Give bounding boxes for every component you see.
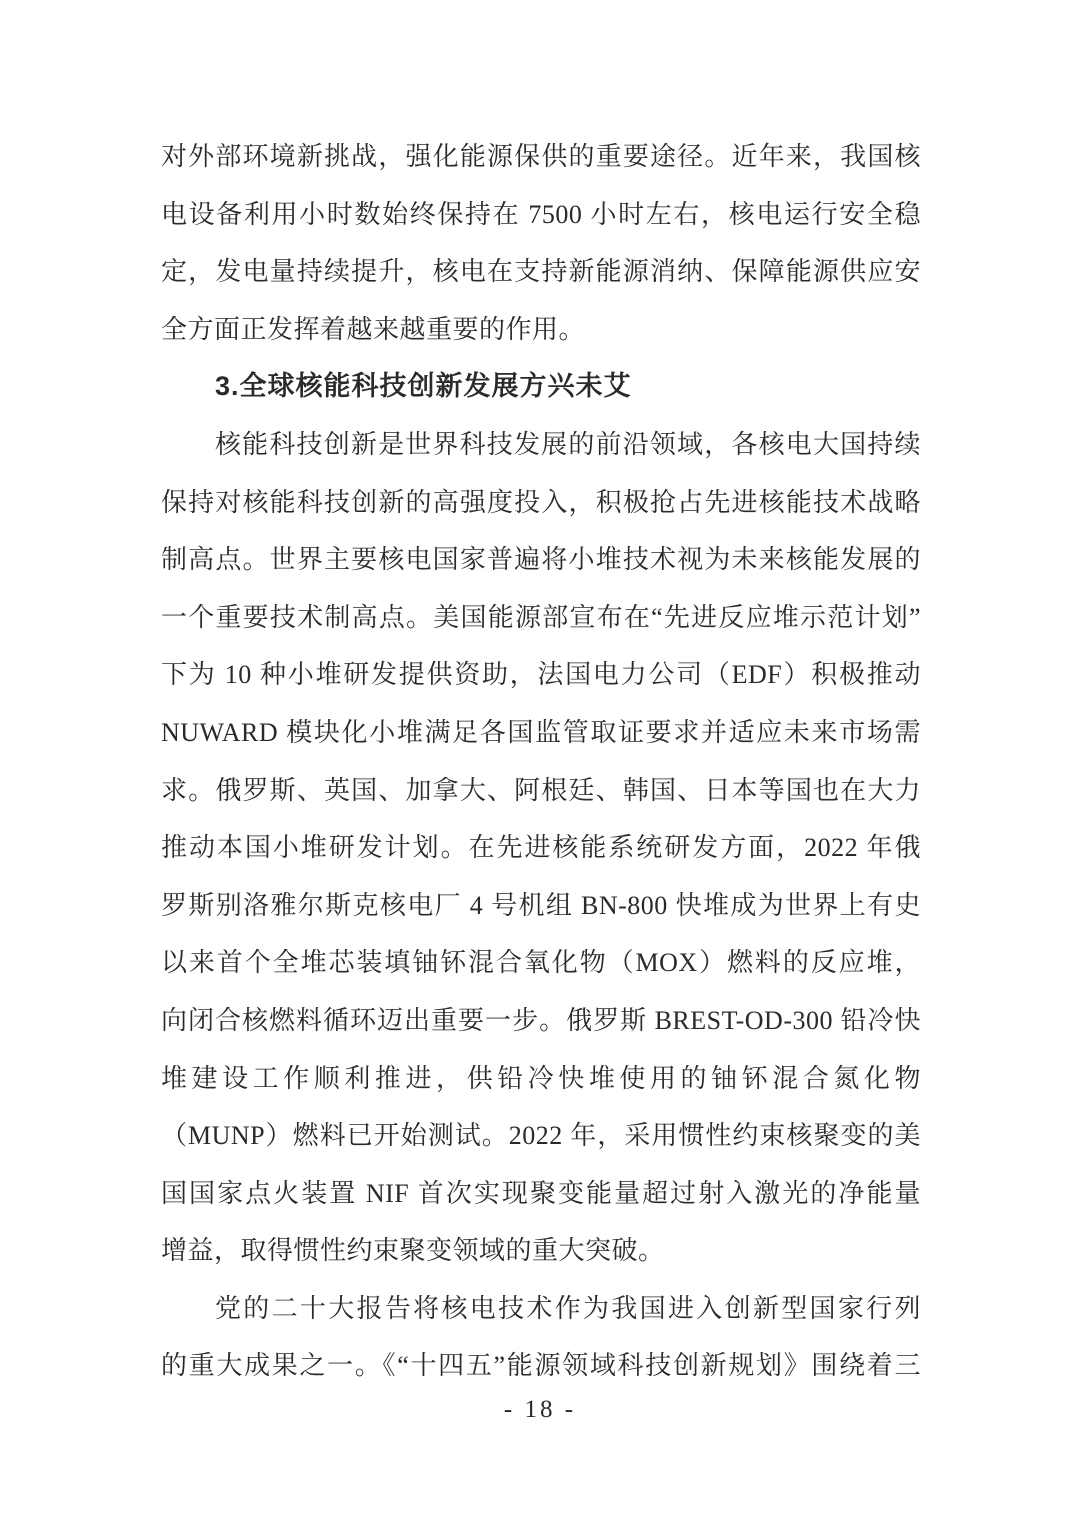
- text-line: 罗斯别洛雅尔斯克核电厂 4 号机组 BN-800 快堆成为世界上有史: [161, 877, 921, 935]
- page-number: - 18 -: [504, 1396, 576, 1423]
- text-line: NUWARD 模块化小堆满足各国监管取证要求并适应未来市场需: [161, 704, 921, 762]
- page-footer: - 18 -: [0, 1396, 1080, 1424]
- text-line: 党的二十大报告将核电技术作为我国进入创新型国家行列: [161, 1280, 921, 1338]
- section-heading: 3.全球核能科技创新发展方兴未艾: [161, 358, 921, 416]
- text-line: 一个重要技术制高点。美国能源部宣布在“先进反应堆示范计划”: [161, 589, 921, 647]
- text-line: 制高点。世界主要核电国家普遍将小堆技术视为未来核能发展的: [161, 531, 921, 589]
- text-line: 全方面正发挥着越来越重要的作用。: [161, 301, 921, 359]
- text-line: 下为 10 种小堆研发提供资助，法国电力公司（EDF）积极推动: [161, 646, 921, 704]
- text-line: 对外部环境新挑战，强化能源保供的重要途径。近年来，我国核: [161, 128, 921, 186]
- text-line: 电设备利用小时数始终保持在 7500 小时左右，核电运行安全稳: [161, 186, 921, 244]
- text-line: （MUNP）燃料已开始测试。2022 年，采用惯性约束核聚变的美: [161, 1107, 921, 1165]
- document-page: 对外部环境新挑战，强化能源保供的重要途径。近年来，我国核电设备利用小时数始终保持…: [0, 0, 1080, 1527]
- text-line: 国国家点火装置 NIF 首次实现聚变能量超过射入激光的净能量: [161, 1165, 921, 1223]
- text-line: 以来首个全堆芯装填铀钚混合氧化物（MOX）燃料的反应堆，: [161, 934, 921, 992]
- text-line: 推动本国小堆研发计划。在先进核能系统研发方面，2022 年俄: [161, 819, 921, 877]
- text-line: 向闭合核燃料循环迈出重要一步。俄罗斯 BREST-OD-300 铅冷快: [161, 992, 921, 1050]
- text-line: 保持对核能科技创新的高强度投入，积极抢占先进核能技术战略: [161, 474, 921, 532]
- document-body: 对外部环境新挑战，强化能源保供的重要途径。近年来，我国核电设备利用小时数始终保持…: [161, 128, 921, 1395]
- text-line: 的重大成果之一。《“十四五”能源领域科技创新规划》围绕着三: [161, 1337, 921, 1395]
- text-line: 堆建设工作顺利推进，供铅冷快堆使用的铀钚混合氮化物: [161, 1050, 921, 1108]
- text-line: 求。俄罗斯、英国、加拿大、阿根廷、韩国、日本等国也在大力: [161, 762, 921, 820]
- text-line: 定，发电量持续提升，核电在支持新能源消纳、保障能源供应安: [161, 243, 921, 301]
- text-line: 增益，取得惯性约束聚变领域的重大突破。: [161, 1222, 921, 1280]
- text-line: 核能科技创新是世界科技发展的前沿领域，各核电大国持续: [161, 416, 921, 474]
